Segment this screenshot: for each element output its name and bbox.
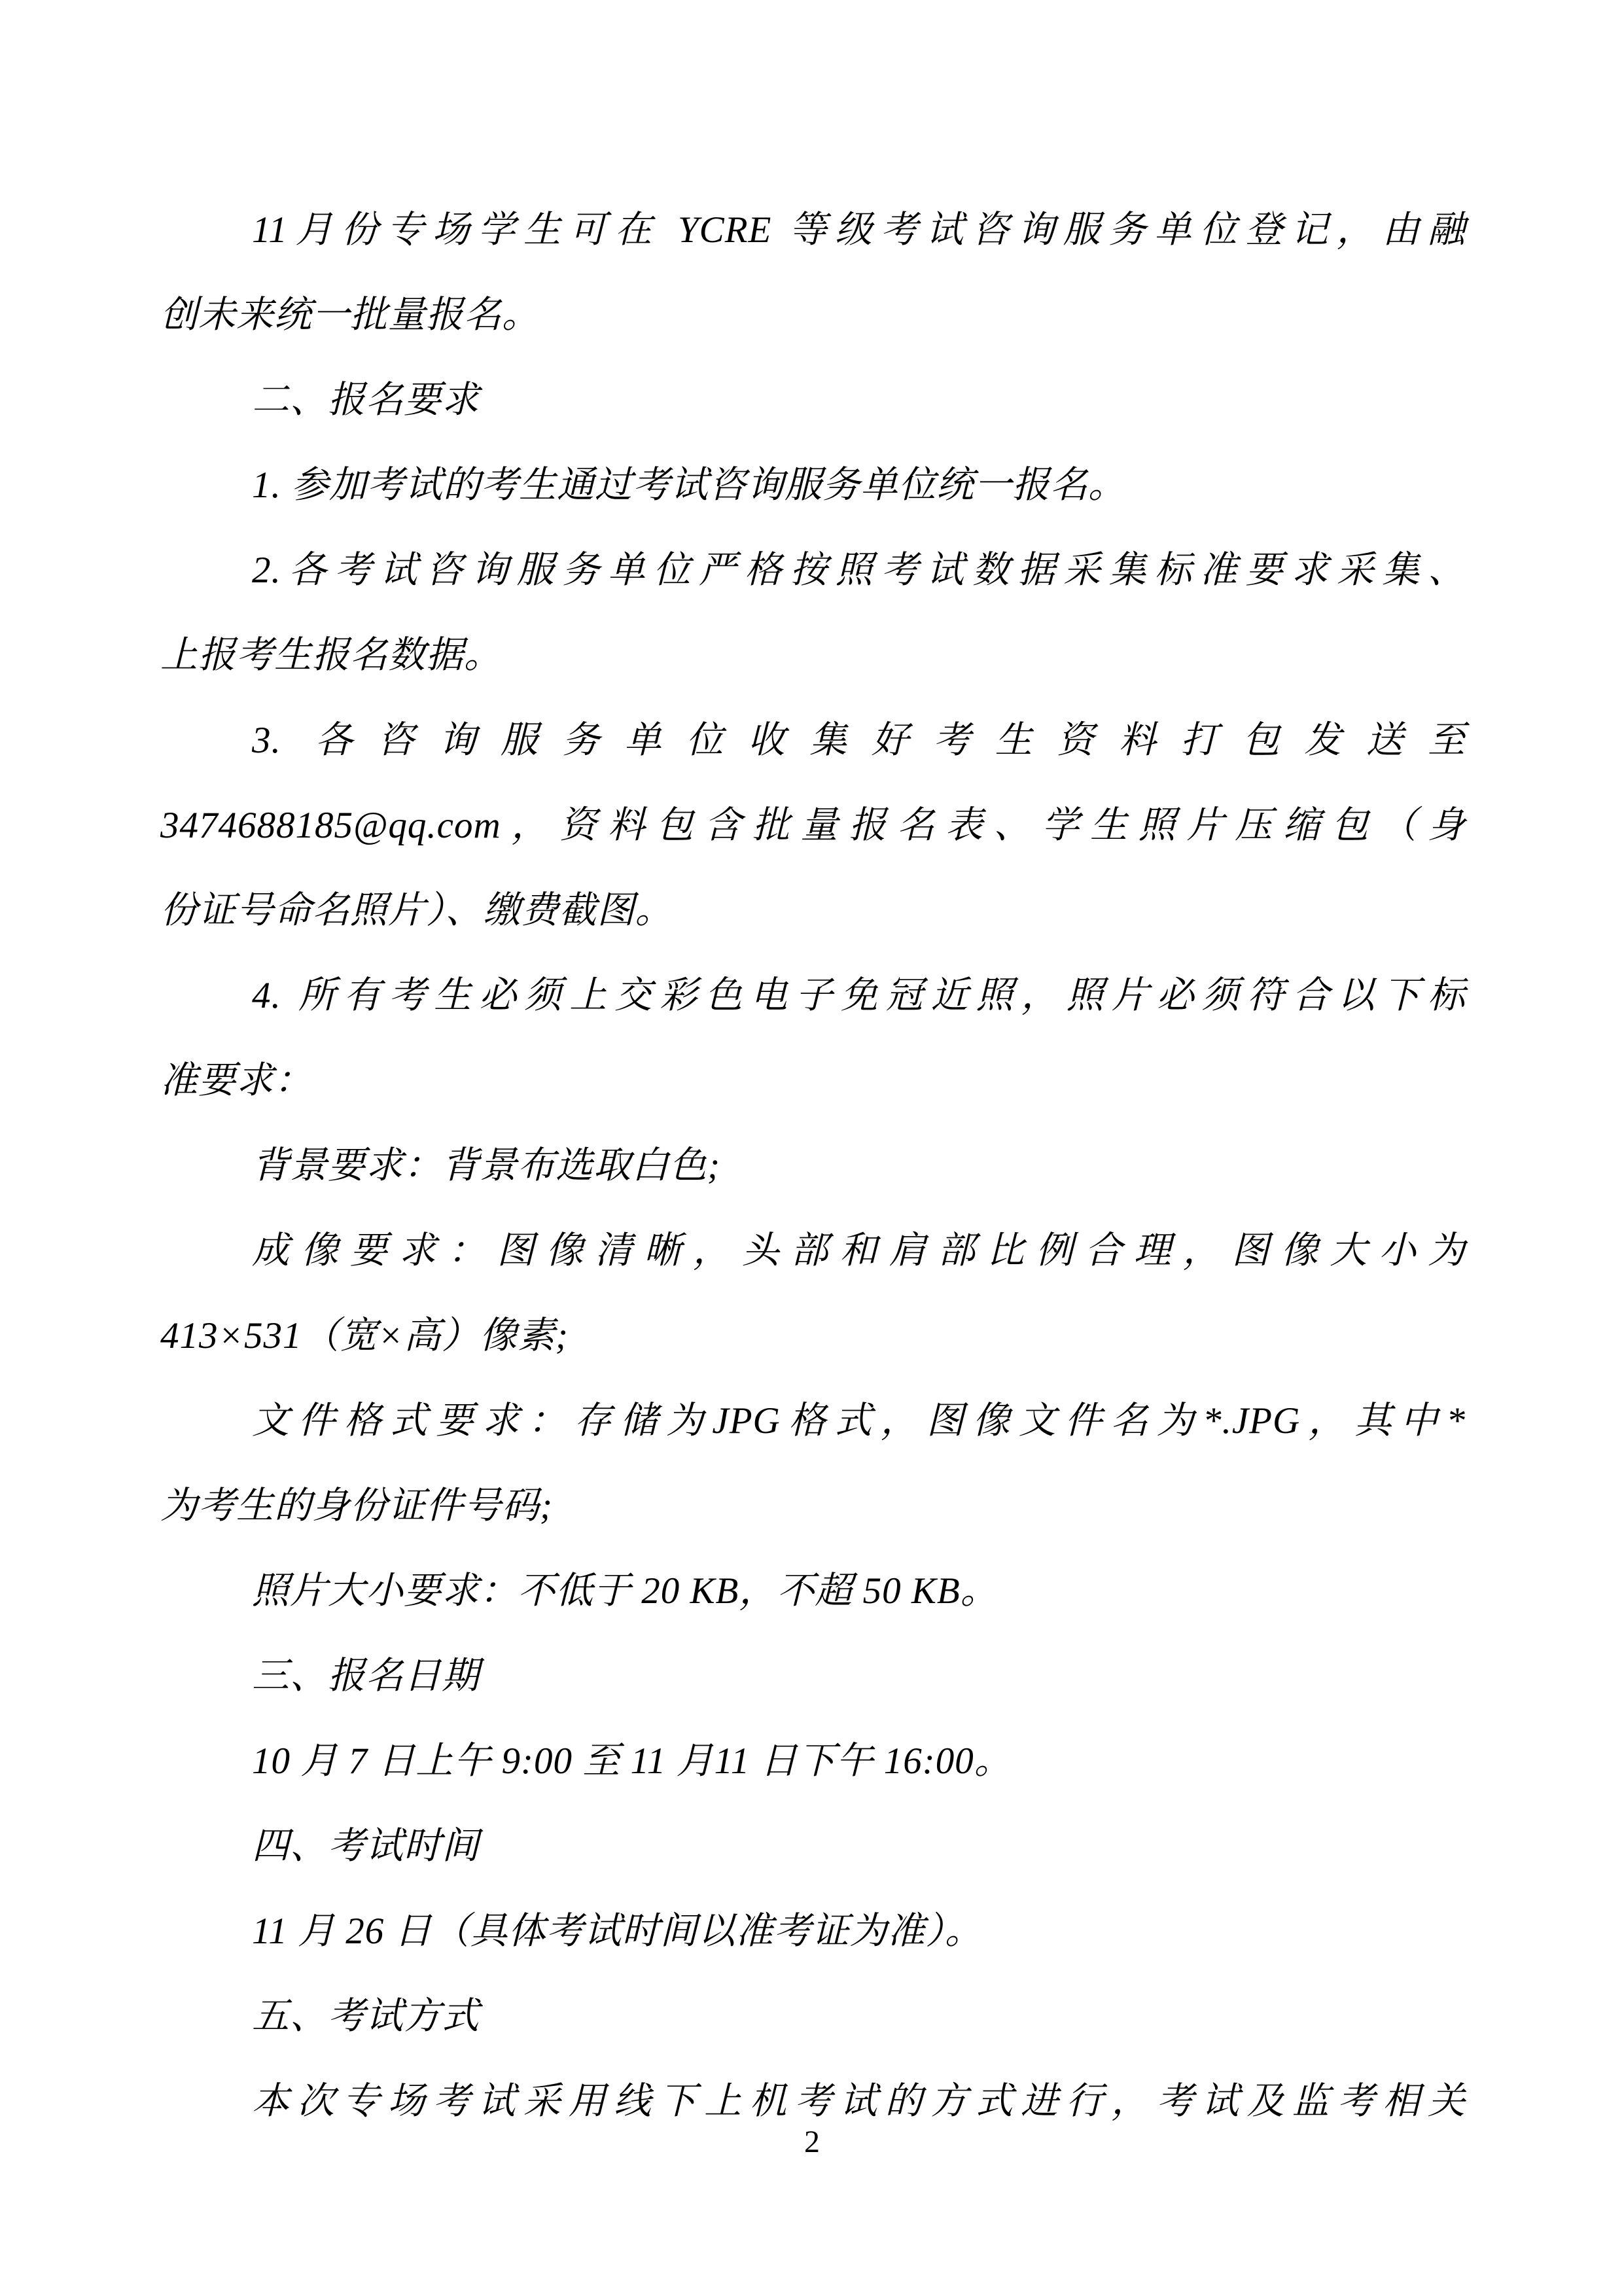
text-line: 成像要求：图像清晰，头部和肩部比例合理，图像大小为 bbox=[160, 1209, 1466, 1294]
section-heading: 五、考试方式 bbox=[160, 1974, 1466, 2059]
text-line: 创未来统一批量报名。 bbox=[160, 273, 1466, 358]
text-line: 413×531（宽×高）像素; bbox=[160, 1294, 1466, 1379]
text-line: 10 月 7 日上午 9:00 至 11 月11 日下午 16:00。 bbox=[160, 1719, 1466, 1804]
text-line: 2.各考试咨询服务单位严格按照考试数据采集标准要求采集、 bbox=[160, 528, 1466, 613]
text-line: 11月份专场学生可在 YCRE 等级考试咨询服务单位登记，由融 bbox=[160, 188, 1466, 273]
text-line: 照片大小要求：不低于 20 KB，不超 50 KB。 bbox=[160, 1549, 1466, 1634]
text-line: 份证号命名照片）、缴费截图。 bbox=[160, 868, 1466, 953]
text-line: 1. 参加考试的考生通过考试咨询服务单位统一报名。 bbox=[160, 443, 1466, 528]
document-body: 11月份专场学生可在 YCRE 等级考试咨询服务单位登记，由融 创未来统一批量报… bbox=[160, 188, 1466, 2144]
text-line: 3474688185@qq.com，资料包含批量报名表、学生照片压缩包（身 bbox=[160, 783, 1466, 868]
text-line: 3. 各咨询服务单位收集好考生资料打包发送至 bbox=[160, 698, 1466, 783]
text-line: 11 月 26 日（具体考试时间以准考证为准）。 bbox=[160, 1889, 1466, 1974]
text-line: 准要求： bbox=[160, 1038, 1466, 1123]
section-heading: 三、报名日期 bbox=[160, 1634, 1466, 1719]
page-number: 2 bbox=[0, 2127, 1624, 2158]
section-heading: 四、考试时间 bbox=[160, 1804, 1466, 1889]
section-heading: 二、报名要求 bbox=[160, 358, 1466, 443]
document-page: 11月份专场学生可在 YCRE 等级考试咨询服务单位登记，由融 创未来统一批量报… bbox=[0, 0, 1624, 2296]
text-line: 背景要求：背景布选取白色; bbox=[160, 1123, 1466, 1209]
text-line: 4. 所有考生必须上交彩色电子免冠近照，照片必须符合以下标 bbox=[160, 953, 1466, 1038]
text-line: 文件格式要求：存储为JPG格式，图像文件名为*.JPG，其中* bbox=[160, 1379, 1466, 1464]
text-line: 为考生的身份证件号码; bbox=[160, 1464, 1466, 1549]
text-line: 上报考生报名数据。 bbox=[160, 613, 1466, 698]
